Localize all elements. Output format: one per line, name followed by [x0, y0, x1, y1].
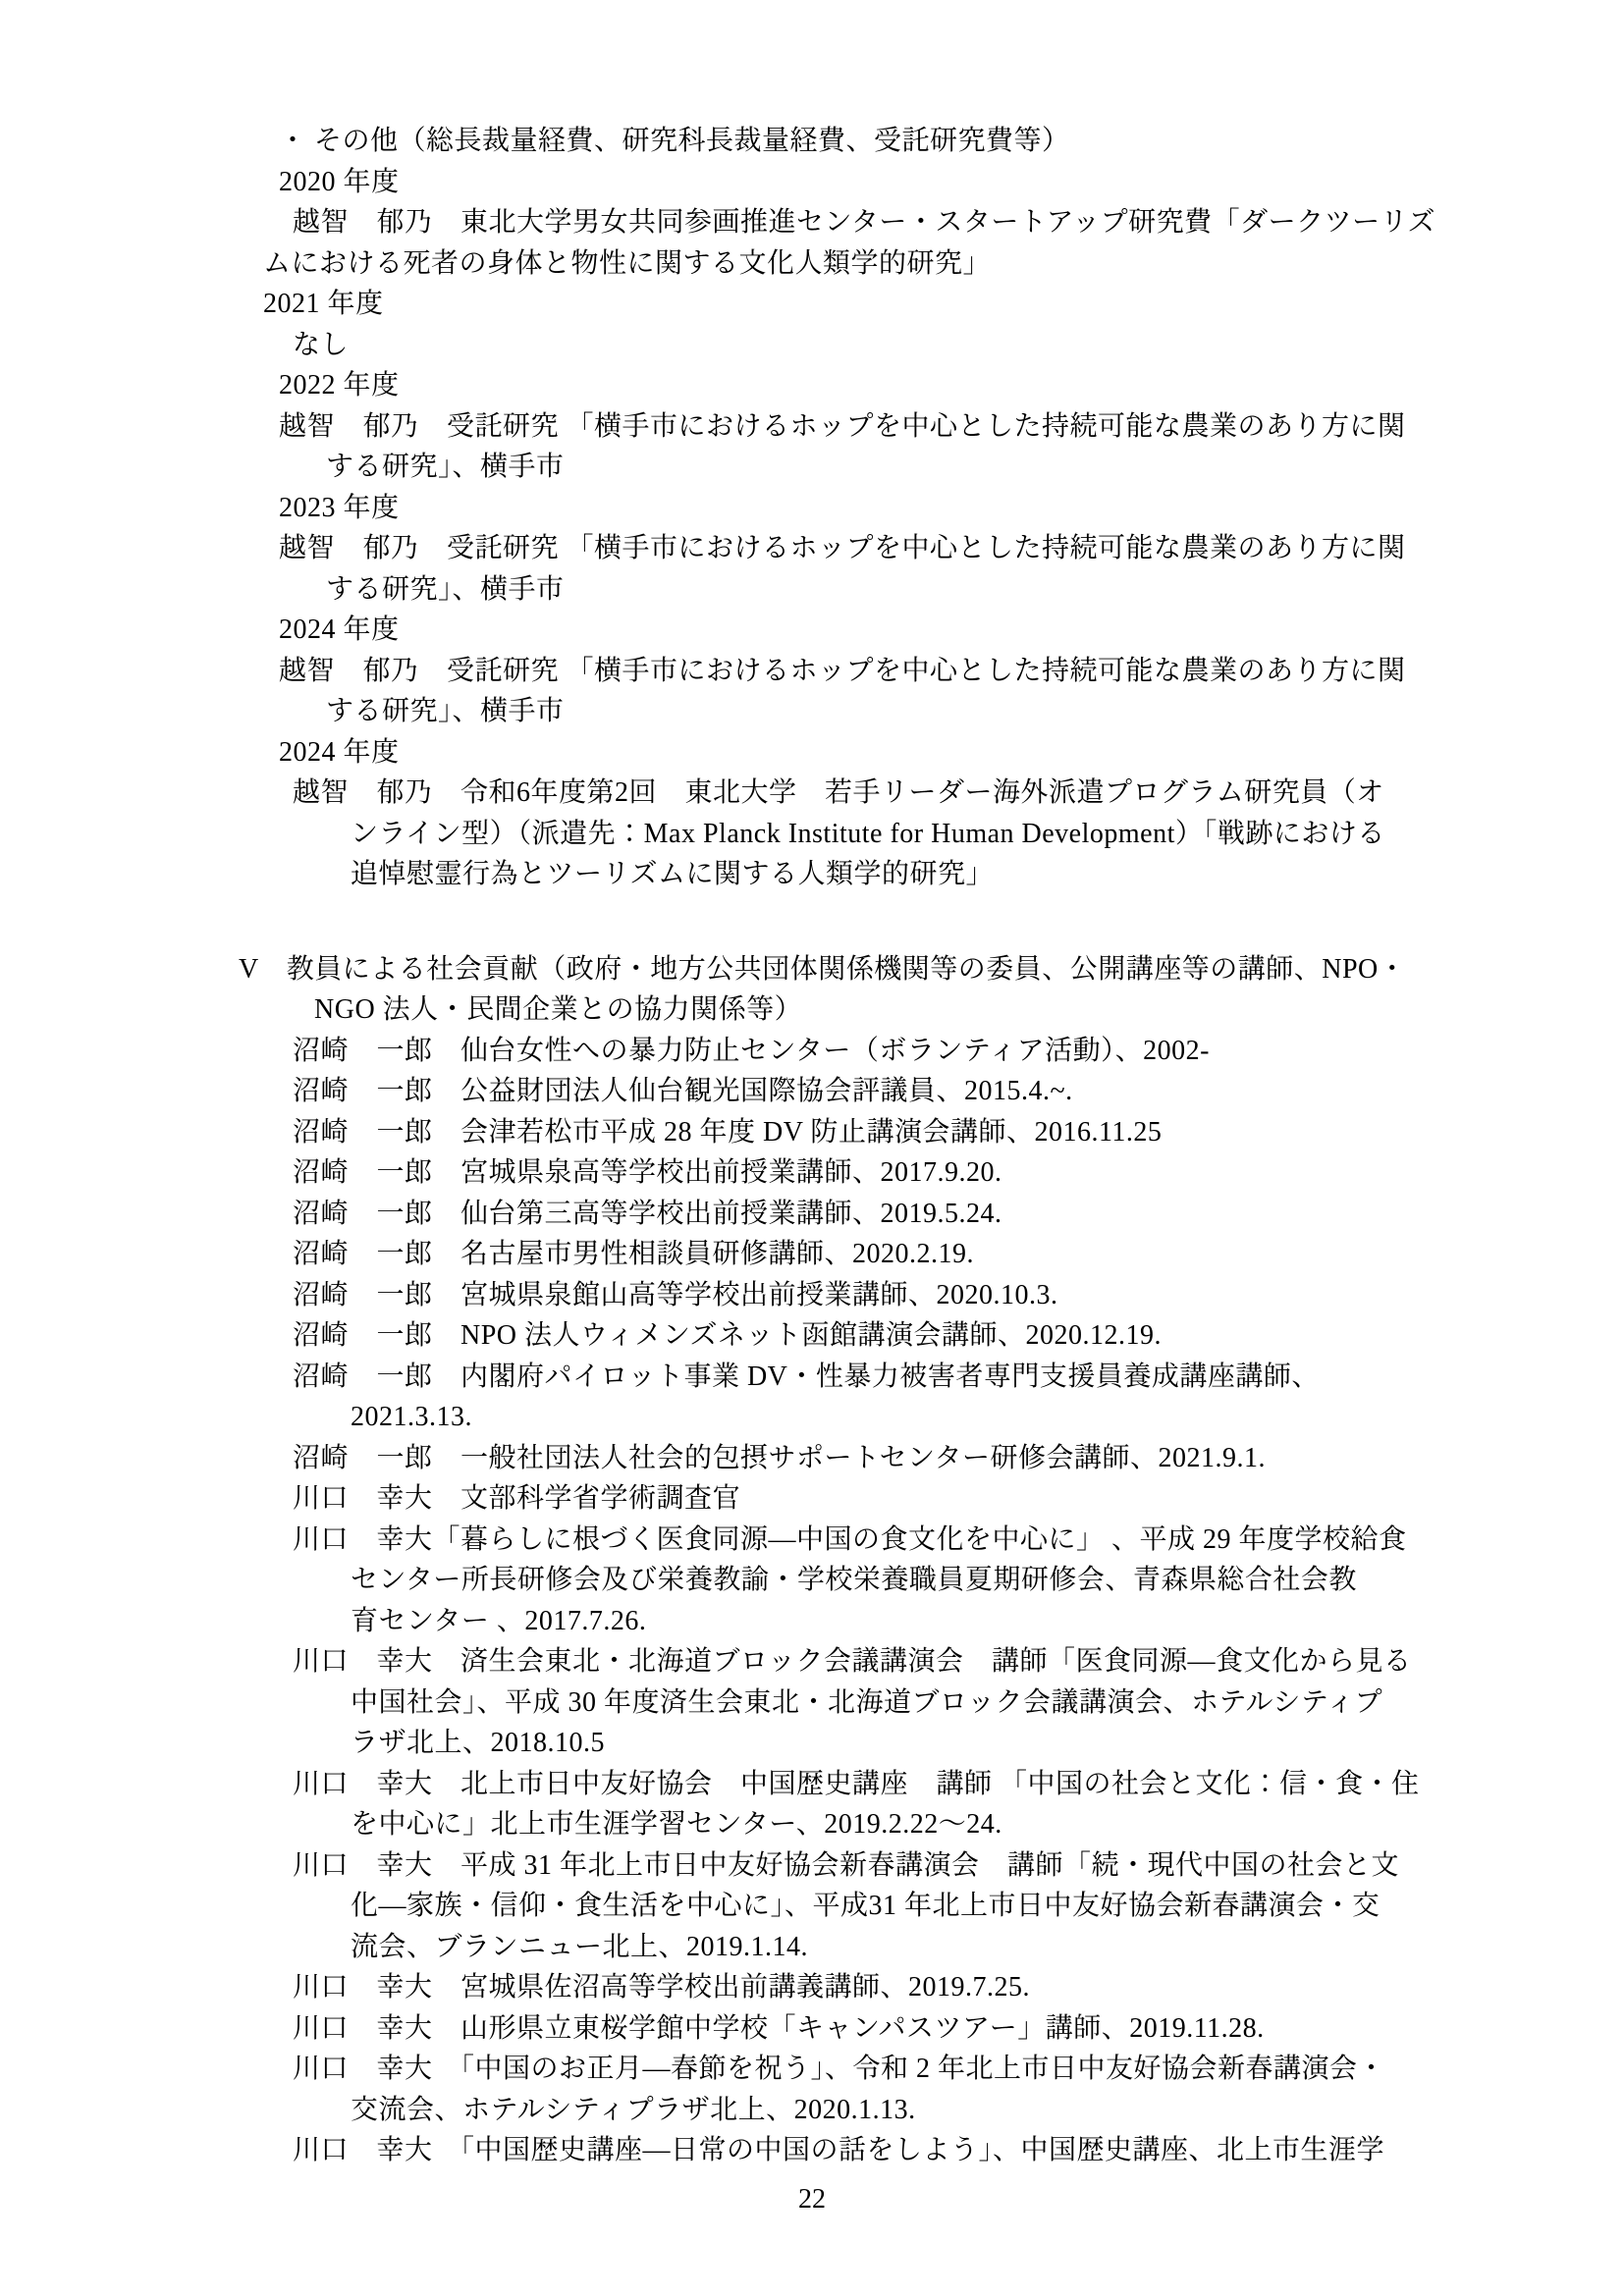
section-gap [0, 895, 1624, 949]
entry-line: 沼崎 一郎 公益財団法人仙台観光国際協会評議員、2015.4.~. [293, 1071, 1624, 1112]
entry-line: 沼崎 一郎 仙台女性への暴力防止センター（ボランティア活動）、2002- [293, 1031, 1624, 1072]
entry-line: 川口 幸大 済生会東北・北海道ブロック会議講演会 講師「医食同源―食文化から見る [293, 1641, 1624, 1682]
entry-line: なし [293, 325, 1624, 366]
year-heading: 2022 年度 [279, 365, 1624, 406]
entry-continuation: ムにおける死者の身体と物性に関する文化人類学的研究」 [263, 243, 1624, 285]
section-heading-continuation: NGO 法人・民間企業との協力関係等） [314, 989, 1624, 1031]
entry-line: 沼崎 一郎 仙台第三高等学校出前授業講師、2019.5.24. [293, 1194, 1624, 1235]
entry-line: 川口 幸大 文部科学省学術調査官 [293, 1478, 1624, 1520]
entry-line: 沼崎 一郎 NPO 法人ウィメンズネット函館講演会講師、2020.12.19. [293, 1315, 1624, 1357]
entry-line: 川口 幸大 北上市日中友好協会 中国歴史講座 講師 「中国の社会と文化：信・食・… [293, 1764, 1624, 1805]
entry-continuation: する研究」、横手市 [326, 447, 1624, 488]
entry-line: 越智 郁乃 東北大学男女共同参画推進センター・スタートアップ研究費「ダークツーリ… [293, 202, 1624, 243]
entry-line: 川口 幸大 平成 31 年北上市日中友好協会新春講演会 講師「続・現代中国の社会… [293, 1845, 1624, 1887]
document-page: ・ その他（総長裁量経費、研究科長裁量経費、受託研究費等） 2020 年度 越智… [0, 0, 1624, 2296]
entry-continuation: する研究」、横手市 [326, 691, 1624, 732]
entry-line: 越智 郁乃 受託研究 「横手市におけるホップを中心とした持続可能な農業のあり方に… [279, 651, 1624, 692]
entry-continuation: ンライン型）（派遣先：Max Planck Institute for Huma… [351, 814, 1624, 855]
entry-continuation: 流会、ブランニュー北上、2019.1.14. [351, 1927, 1624, 1968]
entry-line: 越智 郁乃 受託研究 「横手市におけるホップを中心とした持続可能な農業のあり方に… [279, 406, 1624, 448]
entry-continuation: 交流会、ホテルシティプラザ北上、2020.1.13. [351, 2090, 1624, 2131]
entry-line: 川口 幸大 「中国のお正月―春節を祝う」、令和 2 年北上市日中友好協会新春講演… [293, 2049, 1624, 2090]
section-heading: V 教員による社会貢献（政府・地方公共団体関係機関等の委員、公開講座等の講師、N… [239, 949, 1624, 990]
bullet-item: ・ その他（総長裁量経費、研究科長裁量経費、受託研究費等） [279, 121, 1624, 162]
entry-continuation: センター所長研修会及び栄養教諭・学校栄養職員夏期研修会、青森県総合社会教 [351, 1560, 1624, 1601]
entry-continuation: を中心に」北上市生涯学習センター、2019.2.22～24. [351, 1804, 1624, 1845]
page-number: 22 [0, 2179, 1624, 2220]
entry-line: 川口 幸大「暮らしに根づく医食同源―中国の食文化を中心に」 、平成 29 年度学… [293, 1520, 1624, 1561]
entry-line: 越智 郁乃 受託研究 「横手市におけるホップを中心とした持続可能な農業のあり方に… [279, 528, 1624, 569]
entry-line: 川口 幸大 宮城県佐沼高等学校出前講義講師、2019.7.25. [293, 1967, 1624, 2008]
entry-continuation: 育センター 、2017.7.26. [351, 1601, 1624, 1642]
page-content: ・ その他（総長裁量経費、研究科長裁量経費、受託研究費等） 2020 年度 越智… [0, 0, 1624, 2219]
entry-line: 沼崎 一郎 内閣府パイロット事業 DV・性暴力被害者専門支援員養成講座講師、 [293, 1357, 1624, 1398]
entry-line: 越智 郁乃 令和6年度第2回 東北大学 若手リーダー海外派遣プログラム研究員（オ [293, 773, 1624, 814]
entry-continuation: 追悼慰霊行為とツーリズムに関する人類学的研究」 [351, 854, 1624, 895]
entry-line: 川口 幸大 山形県立東桜学館中学校「キャンパスツアー」講師、2019.11.28… [293, 2008, 1624, 2050]
entry-continuation: 2021.3.13. [351, 1397, 1624, 1438]
year-heading: 2023 年度 [279, 488, 1624, 529]
entry-line: 沼崎 一郎 宮城県泉高等学校出前授業講師、2017.9.20. [293, 1152, 1624, 1194]
entry-line: 沼崎 一郎 名古屋市男性相談員研修講師、2020.2.19. [293, 1234, 1624, 1275]
entry-line: 沼崎 一郎 会津若松市平成 28 年度 DV 防止講演会講師、2016.11.2… [293, 1112, 1624, 1153]
entry-continuation: 中国社会」、平成 30 年度済生会東北・北海道ブロック会議講演会、ホテルシティプ [351, 1682, 1624, 1724]
entry-line: 沼崎 一郎 一般社団法人社会的包摂サポートセンター研修会講師、2021.9.1. [293, 1438, 1624, 1479]
entry-continuation: ラザ北上、2018.10.5 [351, 1723, 1624, 1764]
year-heading: 2020 年度 [279, 162, 1624, 203]
year-heading: 2024 年度 [279, 610, 1624, 651]
entry-line: 川口 幸大 「中国歴史講座―日常の中国の話をしよう」、中国歴史講座、北上市生涯学 [293, 2130, 1624, 2171]
entry-line: 沼崎 一郎 宮城県泉館山高等学校出前授業講師、2020.10.3. [293, 1275, 1624, 1316]
entry-continuation: 化―家族・信仰・食生活を中心に」、平成31 年北上市日中友好協会新春講演会・交 [351, 1886, 1624, 1927]
year-heading: 2024 年度 [279, 732, 1624, 774]
year-heading: 2021 年度 [263, 284, 1624, 325]
entry-continuation: する研究」、横手市 [326, 569, 1624, 611]
